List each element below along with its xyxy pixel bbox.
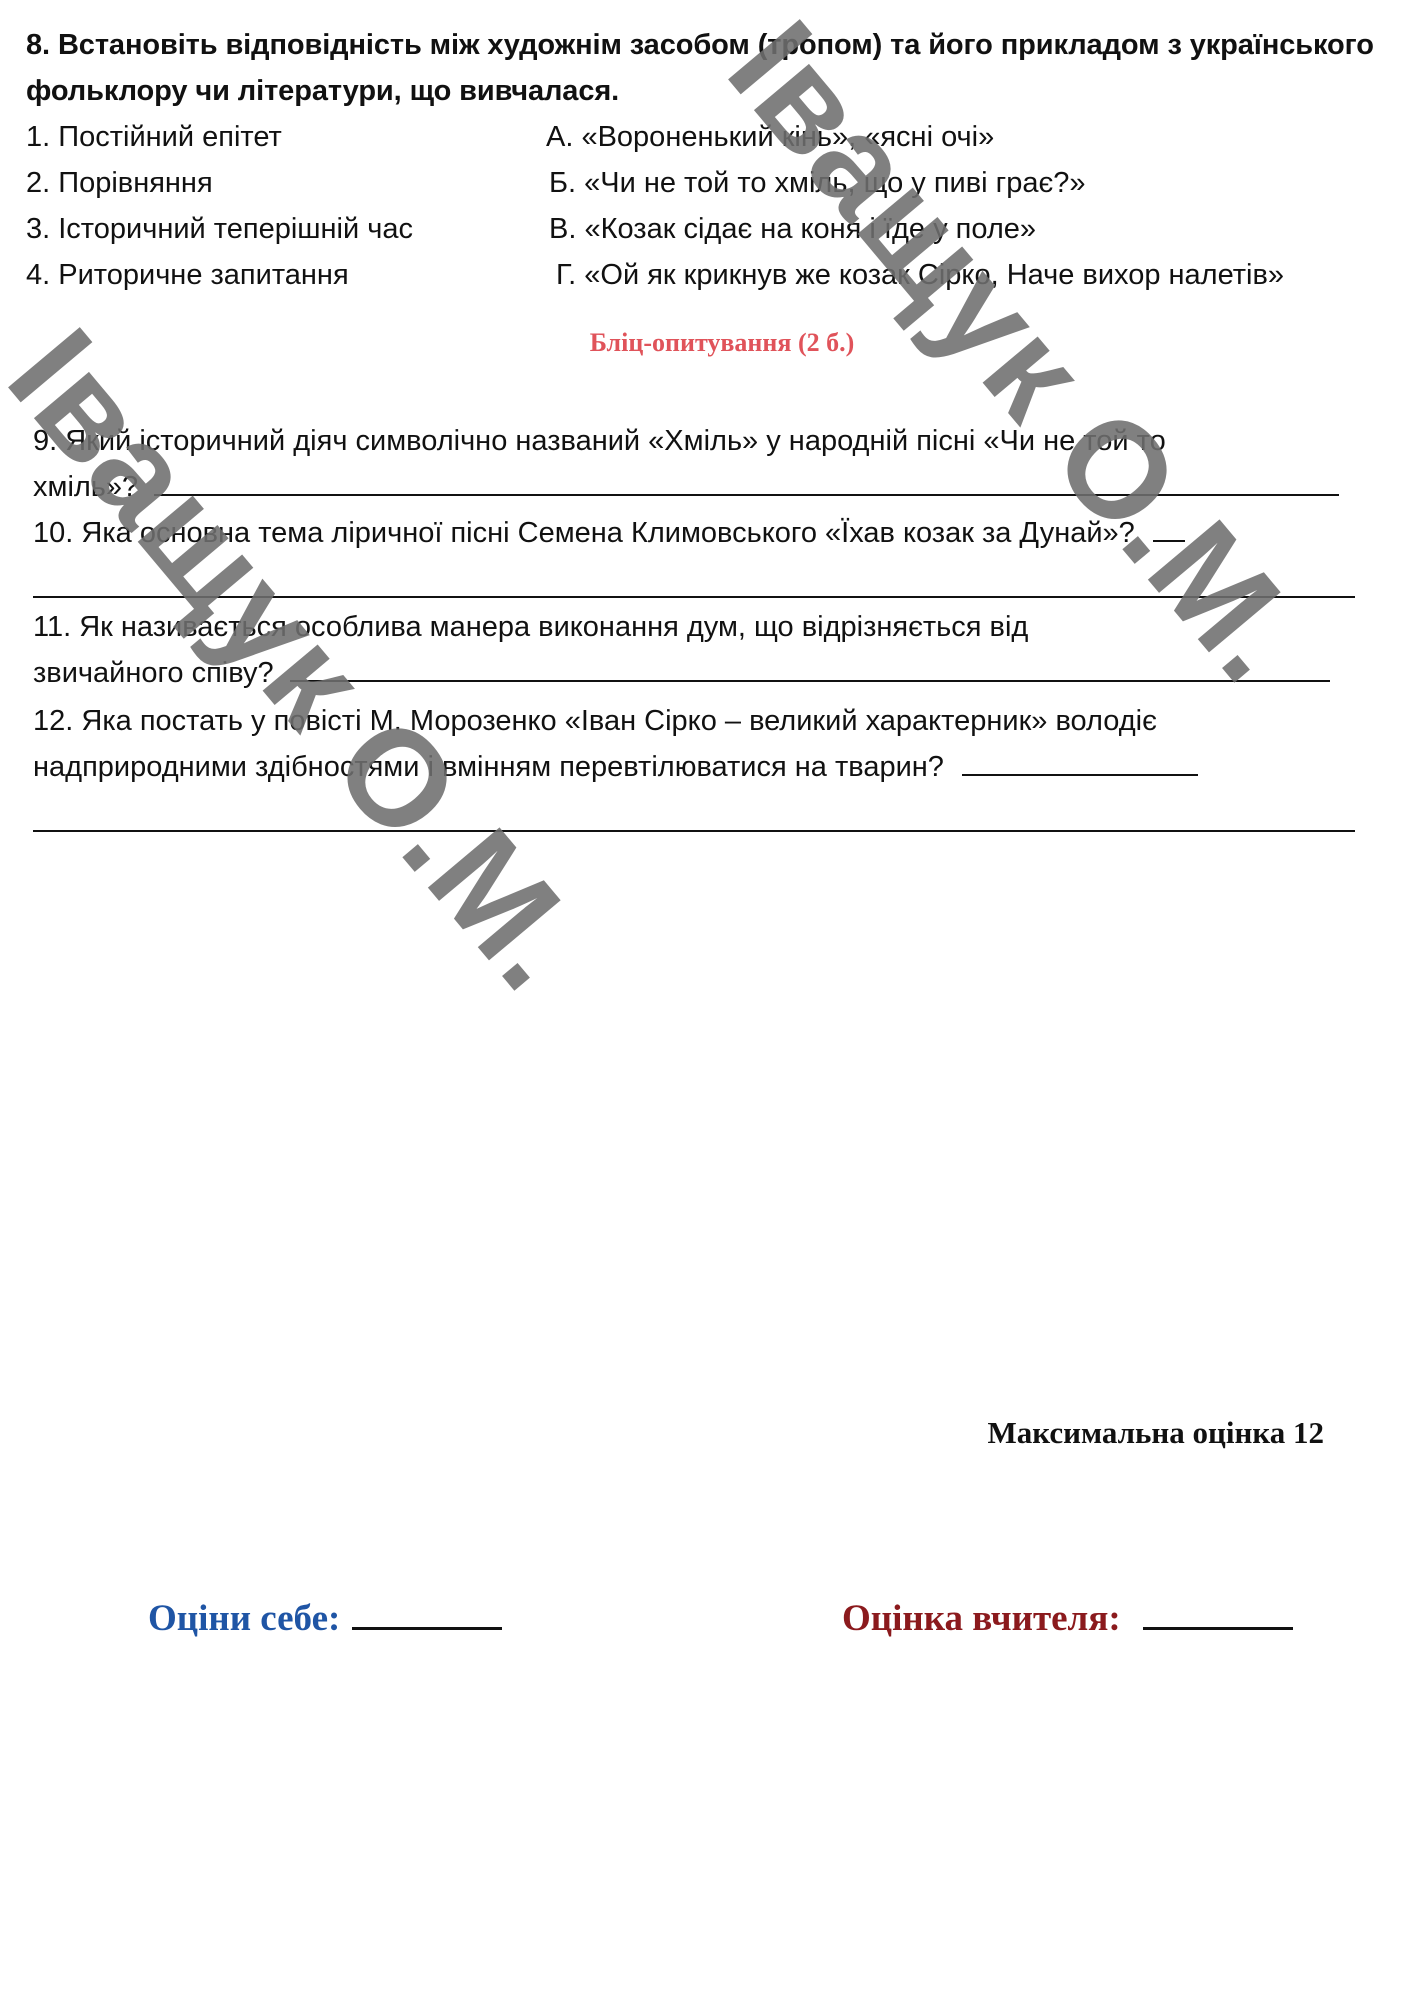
- match-right-item: Г. «Ой як крикнув же козак Сірко, Наче в…: [556, 252, 1284, 298]
- question-10-label: 10. Яка основна тема ліричної пісні Семе…: [33, 517, 1135, 549]
- match-left-item: 4. Риторичне запитання: [26, 252, 349, 298]
- match-left-item: 2. Порівняння: [26, 160, 213, 206]
- question-12-answer-line: надприродними здібностями і вмінням пере…: [33, 744, 1198, 790]
- match-right-item: В. «Козак сідає на коня і їде у поле»: [549, 206, 1036, 252]
- max-score: Максимальна оцінка 12: [987, 1415, 1324, 1451]
- question-12-text: 12. Яка постать у повісті М. Морозенко «…: [33, 698, 1157, 744]
- question-11-text-cont: звичайного співу?: [33, 657, 274, 689]
- question-9-answer-line: хміль»?: [33, 464, 1339, 510]
- match-right-item: А. «Вороненький кінь», «ясні очі»: [546, 114, 994, 160]
- self-grade-label: Оціни себе:: [148, 1598, 340, 1639]
- match-left-item: 3. Історичний теперішній час: [26, 206, 413, 252]
- teacher-grade: Оцінка вчителя:: [842, 1593, 1293, 1640]
- question-9-text: 9. Який історичний діяч символічно назва…: [33, 418, 1166, 464]
- answer-blank[interactable]: [154, 464, 1339, 496]
- section-title: Бліц-опитування (2 б.): [0, 328, 1414, 358]
- self-grade: Оціни себе:: [148, 1593, 502, 1640]
- answer-blank[interactable]: [962, 744, 1198, 776]
- answer-blank-line[interactable]: [33, 830, 1355, 832]
- question-11-answer-line: звичайного співу?: [33, 650, 1330, 696]
- question-8-title: 8. Встановіть відповідність між художнім…: [26, 22, 1406, 114]
- question-12-text-cont: надприродними здібностями і вмінням пере…: [33, 751, 944, 783]
- question-9-text-cont: хміль»?: [33, 471, 138, 503]
- answer-blank-line[interactable]: [33, 596, 1355, 598]
- match-right-item: Б. «Чи не той то хміль, що у пиві грає?»: [549, 160, 1086, 206]
- match-left-item: 1. Постійний епітет: [26, 114, 282, 160]
- teacher-grade-blank[interactable]: [1143, 1593, 1293, 1630]
- answer-blank[interactable]: [290, 650, 1330, 682]
- question-10-text: 10. Яка основна тема ліричної пісні Семе…: [33, 510, 1185, 556]
- teacher-grade-label: Оцінка вчителя:: [842, 1598, 1121, 1639]
- self-grade-blank[interactable]: [352, 1593, 502, 1630]
- question-11-text: 11. Як називається особлива манера викон…: [33, 604, 1028, 650]
- answer-blank[interactable]: [1153, 510, 1185, 542]
- worksheet-page: 8. Встановіть відповідність між художнім…: [0, 0, 1414, 2000]
